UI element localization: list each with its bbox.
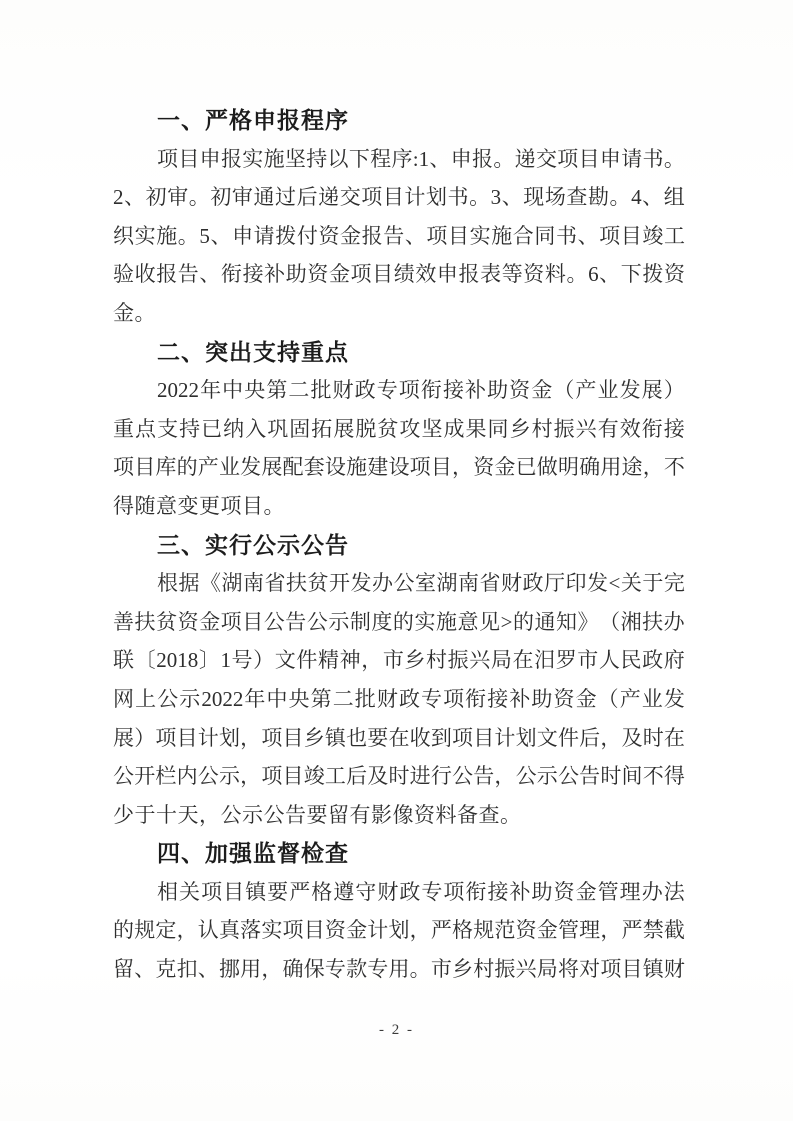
paragraph-line: 项目申报实施坚持以下程序:1、申报。递交项目申请书。 xyxy=(113,140,685,179)
paragraph-line: 重点支持已纳入巩固拓展脱贫攻坚成果同乡村振兴有效衔接 xyxy=(113,410,685,449)
paragraph-line: 根据《湖南省扶贫开发办公室湖南省财政厅印发<关于完 xyxy=(113,564,685,603)
paragraph-line: 公开栏内公示，项目竣工后及时进行公告，公示公告时间不得 xyxy=(113,757,685,796)
section-3-heading: 三、实行公示公告 xyxy=(157,526,685,565)
paragraph-line: 验收报告、衔接补助资金项目绩效申报表等资料。6、下拨资 xyxy=(113,255,685,294)
paragraph-line: 少于十天，公示公告要留有影像资料备查。 xyxy=(113,796,685,835)
section-4-heading: 四、加强监督检查 xyxy=(157,834,685,873)
paragraph-line: 网上公示2022年中央第二批财政专项衔接补助资金（产业发 xyxy=(113,680,685,719)
paragraph-line: 金。 xyxy=(113,294,685,333)
page-number: - 2 - xyxy=(0,1022,793,1039)
paragraph-line: 留、克扣、挪用，确保专款专用。市乡村振兴局将对项目镇财 xyxy=(113,950,685,989)
document-text-block: 一、严格申报程序 项目申报实施坚持以下程序:1、申报。递交项目申请书。 2、初审… xyxy=(113,101,685,989)
paragraph-line: 善扶贫资金项目公告公示制度的实施意见>的通知》（湘扶办 xyxy=(113,603,685,642)
document-page: 一、严格申报程序 项目申报实施坚持以下程序:1、申报。递交项目申请书。 2、初审… xyxy=(0,0,793,1121)
paragraph-line: 相关项目镇要严格遵守财政专项衔接补助资金管理办法 xyxy=(113,873,685,912)
paragraph-line: 的规定，认真落实项目资金计划，严格规范资金管理，严禁截 xyxy=(113,911,685,950)
paragraph-line: 项目库的产业发展配套设施建设项目，资金已做明确用途，不 xyxy=(113,448,685,487)
paragraph-line: 织实施。5、申请拨付资金报告、项目实施合同书、项目竣工 xyxy=(113,217,685,256)
paragraph-line: 2、初审。初审通过后递交项目计划书。3、现场查勘。4、组 xyxy=(113,178,685,217)
section-1-heading: 一、严格申报程序 xyxy=(157,101,685,140)
paragraph-line: 联〔2018〕1号）文件精神，市乡村振兴局在汨罗市人民政府 xyxy=(113,641,685,680)
section-2-heading: 二、突出支持重点 xyxy=(157,333,685,372)
paragraph-line: 展）项目计划，项目乡镇也要在收到项目计划文件后，及时在 xyxy=(113,719,685,758)
paragraph-line: 得随意变更项目。 xyxy=(113,487,685,526)
paragraph-line: 2022年中央第二批财政专项衔接补助资金（产业发展） xyxy=(113,371,685,410)
